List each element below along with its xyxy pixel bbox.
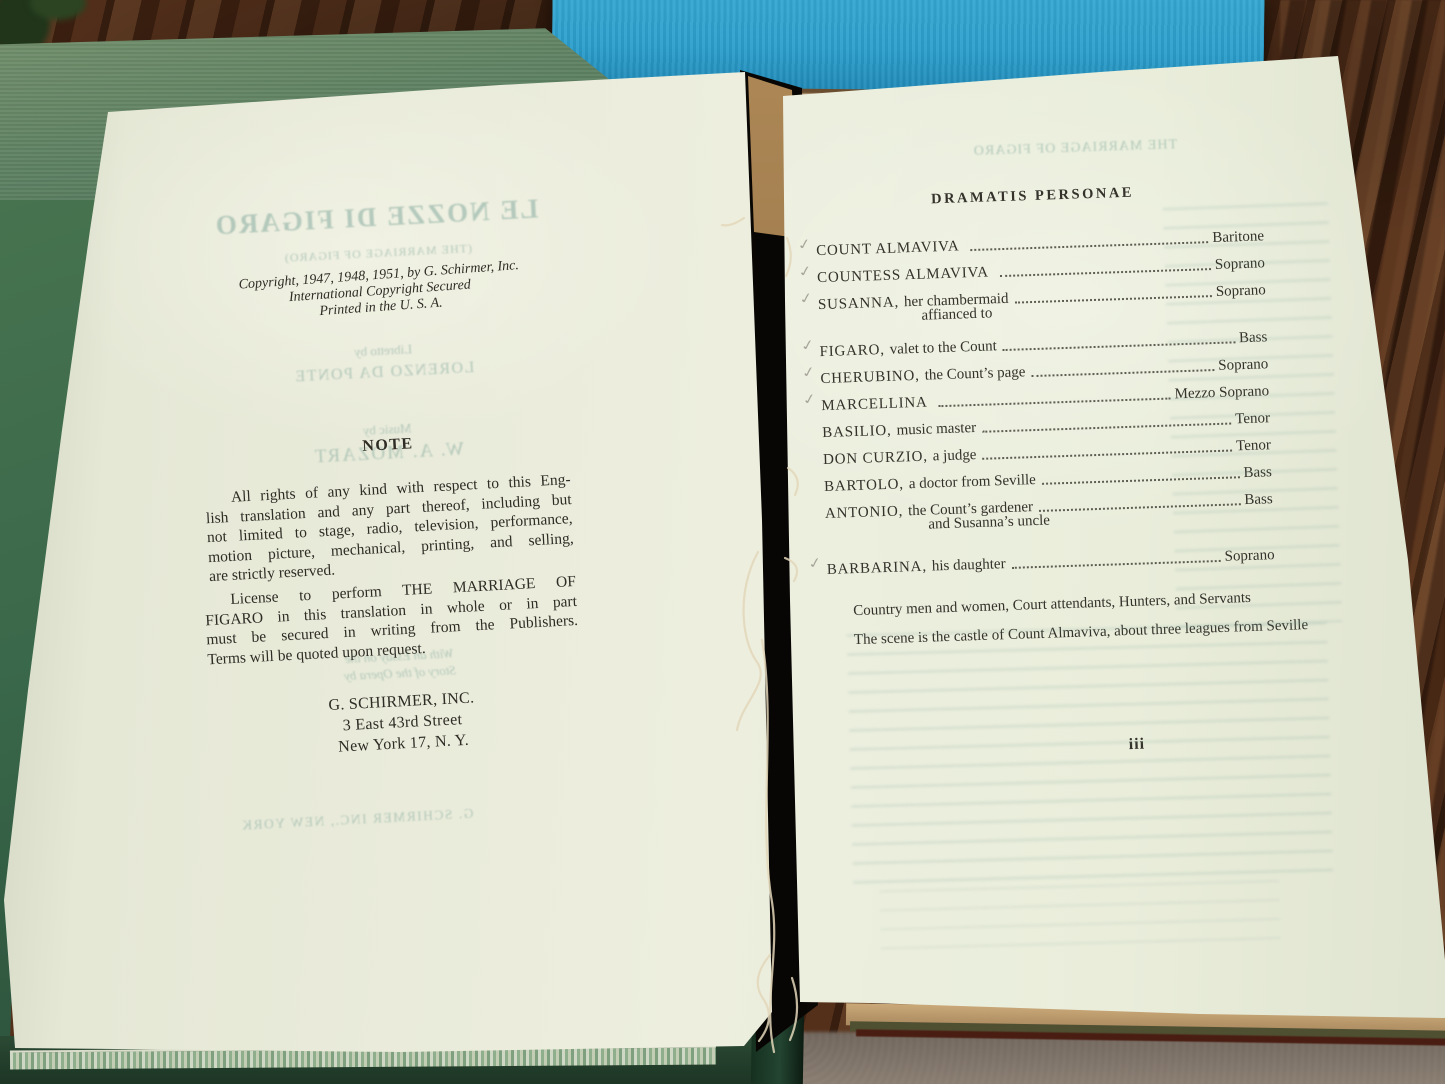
character-name: FIGARO, <box>819 342 885 361</box>
ghost-paragraph-texture <box>1163 202 1343 628</box>
character-description: a judge <box>932 447 976 465</box>
character-name: ANTONIO, <box>825 503 904 523</box>
character-name: SUSANNA, <box>818 294 900 314</box>
character-name: BARBARINA, <box>827 559 928 579</box>
character-description: his daughter <box>932 556 1006 575</box>
dot-leader <box>938 383 1171 408</box>
rights-paragraph: All rights of any kind with respect to t… <box>205 470 576 587</box>
ghost-paragraph-texture <box>879 880 1280 950</box>
character-description: her chambermaid <box>904 291 1009 311</box>
ghost-paragraph-texture <box>847 622 1333 884</box>
photo-open-book-on-table: LE NOZZE DI FIGARO (THE MARRIAGE OF FIGA… <box>0 0 1445 1084</box>
